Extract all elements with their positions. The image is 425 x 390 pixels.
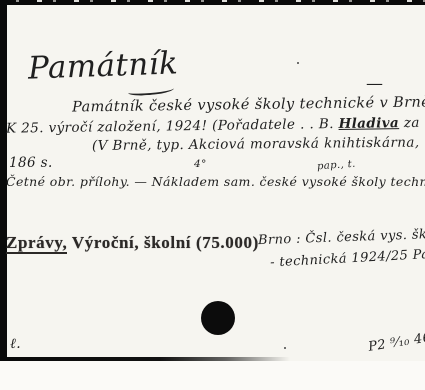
scan-top-edge-dashes bbox=[0, 0, 425, 2]
imprint-line: (V Brně, typ. Akciová moravská knihtiská… bbox=[92, 134, 425, 154]
scan-speck bbox=[297, 62, 299, 64]
stamp-rest: Výroční, školní (75.000) bbox=[67, 233, 258, 252]
catalog-card-scan: { "card": { "heading": "Památník", "righ… bbox=[0, 0, 425, 390]
edition-pre: K 25. výročí založení, 1924! (Pořadatele… bbox=[6, 116, 339, 137]
scan-background-below-card bbox=[0, 361, 425, 390]
right-margin-dash: — bbox=[366, 74, 383, 94]
scan-speck bbox=[284, 347, 286, 349]
edition-line: K 25. výročí založení, 1924! (Pořadatele… bbox=[6, 113, 425, 136]
bottom-left-mark: ℓ. bbox=[10, 336, 21, 353]
inserted-superscript-note: pap., t. bbox=[317, 159, 356, 173]
editor-name-underlined: Hladiva bbox=[338, 115, 399, 132]
category-note-line2: - technická 1924/25 Památník bbox=[270, 245, 425, 271]
edition-post: za podpory jiných bbox=[399, 113, 425, 131]
card-heading: Památník bbox=[27, 45, 178, 86]
notes-line: Četné obr. přílohy. — Nákladem sam. česk… bbox=[6, 174, 425, 189]
title-line: Památník české vysoké školy technické v … bbox=[72, 94, 425, 115]
rubber-stamp-line: Zprávy, Výroční, školní (75.000) bbox=[6, 233, 259, 253]
stamp-word-underlined: Zprávy, bbox=[6, 233, 67, 254]
category-note-line1: Brno : Čsl. česká vys. ško- bbox=[258, 227, 425, 248]
accession-note: P2 ⁹⁄₁₀ 46 bbox=[367, 330, 425, 355]
scan-top-edge bbox=[0, 0, 425, 5]
punch-hole bbox=[201, 301, 235, 335]
format-superscript: 4° bbox=[194, 158, 207, 170]
pages-line: 186 s. bbox=[9, 155, 53, 171]
heading-underline-flourish bbox=[128, 85, 174, 96]
